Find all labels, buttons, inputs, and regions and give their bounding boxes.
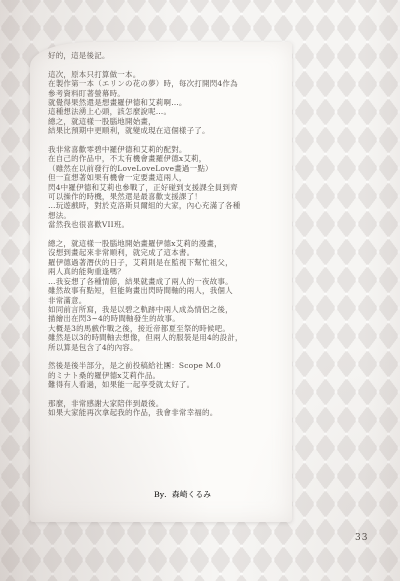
afterword-line: …玩遊戲時，對於克洛斯貝爾組的大家，內心充滿了各種 (48, 201, 284, 210)
afterword-line: 這次，原本只打算做一本。 (48, 70, 284, 79)
afterword-line (48, 60, 284, 69)
afterword-line: 那麼，非常感謝大家陪伴到最後。 (48, 399, 284, 408)
afterword-text-block: 好的，這是後記。這次，原本只打算做一本。在製作第一本（エリンの花の夢）時，每次打… (48, 51, 284, 418)
afterword-line: 參考資料盯著螢幕時。 (48, 89, 284, 98)
afterword-line: 雖然故事有點短，但能夠畫出閃時間軸的兩人，我個人 (48, 286, 284, 295)
afterword-line: 總之，就這樣一股腦地開始畫， (48, 117, 284, 126)
afterword-line: 當然我也很喜歡VII班。 (48, 220, 284, 229)
afterword-line: 結果比預期中更順利，就變成現在這個樣子了。 (48, 126, 284, 135)
afterword-line: 沒想到畫起來非常順利，就完成了這本書。 (48, 248, 284, 257)
afterword-line: 就覺得果然還是想畫羅伊德和艾莉啊…。 (48, 98, 284, 107)
afterword-line (48, 230, 284, 239)
afterword-line: 雖然是以3的時間軸去想像，但兩人的服裝是用4的設計， (48, 333, 284, 342)
afterword-line: 的ミナト桑的羅伊德x艾莉作品。 (48, 371, 284, 380)
afterword-line: 如果大家能再次拿起我的作品，我會非常幸福的。 (48, 408, 284, 417)
afterword-line: 如同前言所寫，我是以碧之軌跡中兩人成為情侶之後， (48, 305, 284, 314)
afterword-line: 在製作第一本（エリンの花の夢）時，每次打開閃4作為 (48, 79, 284, 88)
afterword-line: 非常滿意。 (48, 296, 284, 305)
afterword-line: 羅伊德過著潛伏的日子，艾莉則是在監視下幫忙祖父， (48, 258, 284, 267)
afterword-line: 這種想法湧上心頭，該怎麼說呢…。 (48, 107, 284, 116)
afterword-line: …我妄想了各種情節，結果就畫成了兩人的一夜故事。 (48, 277, 284, 286)
afterword-line: 然後是後半部分，是之前投稿給社團：Scope M.0 (48, 361, 284, 370)
afterword-line: 在自己的作品中，不太有機會畫羅伊德x艾莉， (48, 154, 284, 163)
afterword-line: （雖然在以前發行的LoveLoveLove畫過一點） (48, 164, 284, 173)
afterword-line: 但一直想著如果有機會一定要畫這兩人， (48, 173, 284, 182)
afterword-line: 難得有人看過，如果能一起享受就太好了。 (48, 380, 284, 389)
afterword-paper: 好的，這是後記。這次，原本只打算做一本。在製作第一本（エリンの花の夢）時，每次打… (30, 42, 292, 522)
afterword-line (48, 390, 284, 399)
afterword-line (48, 136, 284, 145)
afterword-line: 想法。 (48, 211, 284, 220)
afterword-line: 描繪出在閃3~4的時間軸發生的故事。 (48, 314, 284, 323)
author-byline: By．森崎くるみ (154, 489, 211, 500)
afterword-line: 大概是3的馬戲作戰之後，接近帝都夏至祭的時候吧。 (48, 324, 284, 333)
afterword-line: 兩人真的能夠重逢嗎？ (48, 267, 284, 276)
scanned-book-page: 好的，這是後記。這次，原本只打算做一本。在製作第一本（エリンの花の夢）時，每次打… (0, 0, 400, 581)
afterword-line (48, 352, 284, 361)
afterword-line: 好的，這是後記。 (48, 51, 284, 60)
afterword-line: 閃4中羅伊德和艾莉也參戰了，正好碰到支援課全員到齊 (48, 183, 284, 192)
page-number: 33 (355, 533, 368, 543)
afterword-line: 所以算是包含了4的內容。 (48, 343, 284, 352)
